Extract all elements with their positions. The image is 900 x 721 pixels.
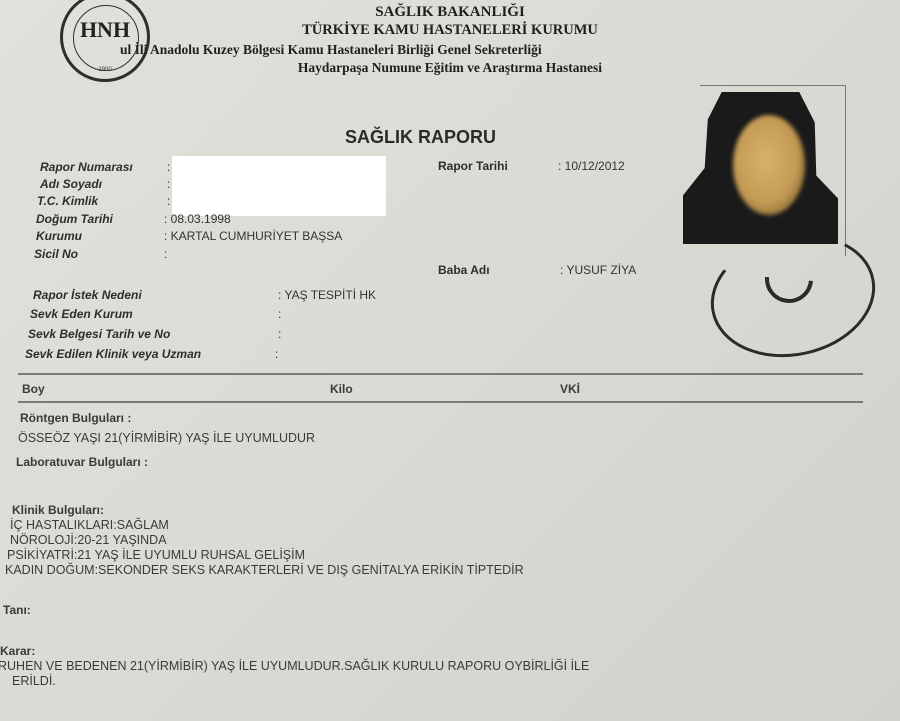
field-label-report-number: Rapor Numarası — [40, 160, 133, 174]
field-value-referred-clinic: : — [275, 347, 278, 361]
clinical-line: PSİKİYATRİ:21 YAŞ İLE UYUMLU RUHSAL GELİ… — [7, 548, 305, 562]
field-value-birth-date: : 08.03.1998 — [164, 212, 231, 226]
field-label-referring-institution: Sevk Eden Kurum — [30, 307, 133, 321]
decision-line: RUHEN VE BEDENEN 21(YİRMİBİR) YAŞ İLE UY… — [0, 659, 589, 673]
lab-label: Laboratuvar Bulguları : — [16, 455, 148, 469]
field-label-request-reason: Rapor İstek Nedeni — [33, 288, 142, 302]
divider — [18, 401, 863, 403]
colon: : — [167, 177, 170, 191]
field-label-referral-doc: Sevk Belgesi Tarih ve No — [28, 327, 170, 341]
clinical-line: KADIN DOĞUM:SEKONDER SEKS KARAKTERLERİ V… — [5, 563, 524, 577]
colon: : — [167, 194, 170, 208]
colon: : — [167, 160, 170, 174]
field-label-birth-date: Doğum Tarihi — [36, 212, 113, 226]
label-height: Boy — [22, 382, 45, 396]
field-value-report-date: : 10/12/2012 — [558, 159, 625, 173]
field-value-referring-institution: : — [278, 307, 281, 321]
report-title: SAĞLIK RAPORU — [345, 127, 496, 148]
label-bmi: VKİ — [560, 382, 580, 396]
redaction-box — [172, 156, 386, 216]
decision-line: ERİLDİ. — [12, 674, 56, 688]
field-label-father-name: Baba Adı — [438, 263, 490, 277]
diagnosis-label: Tanı: — [3, 603, 31, 617]
clinical-line: İÇ HASTALIKLARI:SAĞLAM — [10, 518, 169, 532]
divider — [18, 373, 863, 375]
clinical-line: NÖROLOJİ:20-21 YAŞINDA — [10, 533, 167, 547]
hospital-title: Haydarpaşa Numune Eğitim ve Araştırma Ha… — [0, 60, 900, 76]
field-label-referred-clinic: Sevk Edilen Klinik veya Uzman — [25, 347, 201, 361]
field-label-registry-no: Sicil No — [34, 247, 78, 261]
decision-label: Karar: — [0, 644, 35, 658]
clinical-label: Klinik Bulguları: — [12, 503, 104, 517]
label-weight: Kilo — [330, 382, 353, 396]
xray-findings: ÖSSEÖZ YAŞI 21(YİRMİBİR) YAŞ İLE UYUMLUD… — [18, 431, 315, 445]
field-value-referral-doc: : — [278, 327, 281, 341]
field-label-name: Adı Soyadı — [40, 177, 102, 191]
blurred-face — [733, 115, 805, 215]
institution-title: TÜRKİYE KAMU HASTANELERİ KURUMU — [0, 22, 900, 39]
field-label-report-date: Rapor Tarihi — [438, 159, 508, 173]
field-value-registry-no: : — [164, 247, 167, 261]
field-label-institution: Kurumu — [36, 229, 82, 243]
field-label-tc-id: T.C. Kimlik — [37, 194, 98, 208]
field-value-institution: : KARTAL CUMHURİYET BAŞSA — [164, 229, 342, 243]
union-title: ul İli Anadolu Kuzey Bölgesi Kamu Hastan… — [120, 42, 542, 58]
xray-label: Röntgen Bulguları : — [20, 411, 131, 425]
field-value-father-name: : YUSUF ZİYA — [560, 263, 636, 277]
field-value-request-reason: : YAŞ TESPİTİ HK — [278, 288, 376, 302]
ministry-title: SAĞLIK BAKANLIĞI — [0, 4, 900, 21]
